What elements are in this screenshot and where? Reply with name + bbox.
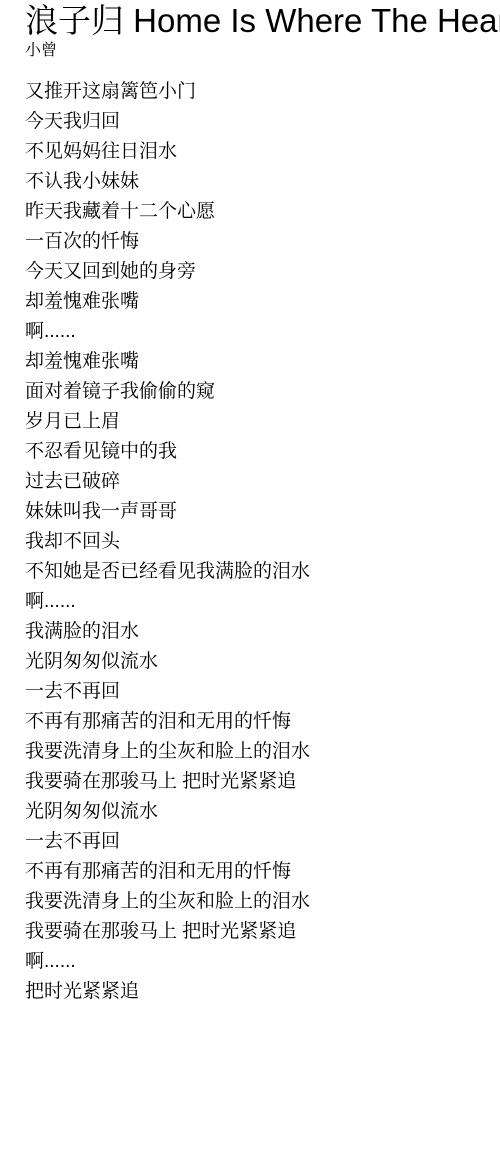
artist-name: 小曾 <box>25 41 500 61</box>
lyric-line: 面对着镜子我偷偷的窥 <box>25 377 500 407</box>
lyric-line: 不忍看见镜中的我 <box>25 437 500 467</box>
lyric-line: 啊...... <box>25 947 500 977</box>
lyric-line: 不知她是否已经看见我满脸的泪水 <box>25 557 500 587</box>
lyric-line: 妹妹叫我一声哥哥 <box>25 497 500 527</box>
lyrics-block: 又推开这扇篱笆小门今天我归回不见妈妈往日泪水不认我小妹妹昨天我藏着十二个心愿一百… <box>25 77 500 1007</box>
lyric-line: 不再有那痛苦的泪和无用的忏悔 <box>25 857 500 887</box>
lyric-line: 啊...... <box>25 317 500 347</box>
lyric-line: 把时光紧紧追 <box>25 977 500 1007</box>
lyrics-page: 浪子归 Home Is Where The Heart Is 小曾 又推开这扇篱… <box>0 0 500 1150</box>
lyric-line: 今天我归回 <box>25 107 500 137</box>
lyric-line: 一去不再回 <box>25 677 500 707</box>
lyric-line: 我要骑在那骏马上 把时光紧紧追 <box>25 917 500 947</box>
lyric-line: 啊...... <box>25 587 500 617</box>
lyric-line: 过去已破碎 <box>25 467 500 497</box>
lyric-line: 却羞愧难张嘴 <box>25 347 500 377</box>
lyric-line: 昨天我藏着十二个心愿 <box>25 197 500 227</box>
lyric-line: 我要洗清身上的尘灰和脸上的泪水 <box>25 887 500 917</box>
lyric-line: 岁月已上眉 <box>25 407 500 437</box>
lyric-line: 光阴匆匆似流水 <box>25 647 500 677</box>
lyric-line: 我要骑在那骏马上 把时光紧紧追 <box>25 767 500 797</box>
lyric-line: 光阴匆匆似流水 <box>25 797 500 827</box>
lyric-line: 我却不回头 <box>25 527 500 557</box>
page-title: 浪子归 Home Is Where The Heart Is <box>25 1 500 41</box>
lyric-line: 一百次的忏悔 <box>25 227 500 257</box>
lyric-line: 我满脸的泪水 <box>25 617 500 647</box>
lyric-line: 又推开这扇篱笆小门 <box>25 77 500 107</box>
lyric-line: 不认我小妹妹 <box>25 167 500 197</box>
lyric-line: 不再有那痛苦的泪和无用的忏悔 <box>25 707 500 737</box>
lyric-line: 一去不再回 <box>25 827 500 857</box>
lyric-line: 不见妈妈往日泪水 <box>25 137 500 167</box>
lyric-line: 今天又回到她的身旁 <box>25 257 500 287</box>
lyric-line: 却羞愧难张嘴 <box>25 287 500 317</box>
lyric-line: 我要洗清身上的尘灰和脸上的泪水 <box>25 737 500 767</box>
